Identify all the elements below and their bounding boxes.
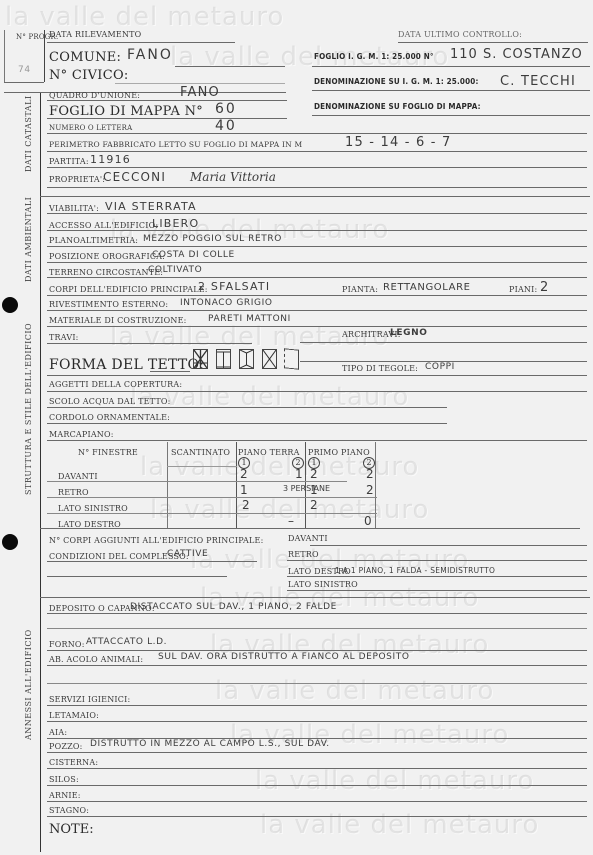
travi-label: TRAVI: (49, 333, 79, 342)
comune-label: COMUNE: (49, 50, 121, 65)
table-row-label: DAVANTI (58, 472, 98, 481)
watermark: la valle del metauro (5, 2, 284, 32)
table-header-primo-piano: PRIMO PIANO (308, 448, 370, 457)
quadro-label: QUADRO D'UNIONE: (49, 91, 140, 100)
table-cell[interactable]: 1 (240, 483, 248, 497)
numero-label: NUMERO o LETTERA (49, 124, 132, 132)
numero-value[interactable]: 40 (215, 118, 237, 134)
perimetro-label: PERIMETRO FABBRICATO LETTO SU FOGLIO DI … (49, 140, 302, 149)
rivestimento-value[interactable]: INTONACO GRIGIO (180, 298, 273, 308)
survey-form-page: la valle del metauro la valle del metaur… (0, 0, 593, 855)
silos-label: SILOS: (49, 775, 79, 784)
watermark: la valle del metauro (260, 810, 539, 840)
foglio-igm-value[interactable]: 110 S. COSTANZO (450, 47, 583, 62)
roof-capanna-doppia-icon[interactable] (239, 349, 254, 369)
piani-label: PIANI: (509, 285, 537, 294)
viabilita-value[interactable]: VIA STERRATA (105, 200, 197, 213)
progr-value: 74 (18, 65, 31, 75)
lato-sinistro-label: LATO SINISTRO (288, 580, 358, 589)
partita-value[interactable]: 11916 (90, 153, 131, 166)
punch-hole (2, 534, 18, 550)
watermark: la valle del metauro (255, 766, 534, 796)
punch-hole (2, 297, 18, 313)
piani-value[interactable]: 2 (540, 280, 549, 295)
watermark: la valle del metauro (215, 676, 494, 706)
table-cell[interactable]: – (288, 514, 294, 528)
quadro-value[interactable]: FANO (180, 85, 220, 100)
aggetti-label: AGGETTI DELLA COPERTURA: (49, 380, 182, 389)
lato-destro-value[interactable]: 1 A 1 PIANO, 1 FALDA - SEMIDISTRUTTO (335, 566, 495, 575)
cordolo-label: CORDOLO ORNAMENTALE: (49, 413, 170, 422)
foglio-mappa-label: FOGLIO DI MAPPA N° (49, 104, 203, 119)
proprieta-label: PROPRIETA': (49, 175, 105, 184)
table-cell[interactable]: 2 (240, 467, 248, 481)
table-cell[interactable]: 2 (310, 467, 318, 481)
viabilita-label: VIABILITA': (49, 204, 99, 213)
roof-falda-unica-icon[interactable] (284, 348, 299, 370)
davanti-label: DAVANTI (288, 534, 328, 543)
section-label-struttura: STRUTTURA E STILE DELL'EDIFICIO (24, 323, 33, 495)
marcapiano-label: MARCAPIANO: (49, 430, 114, 439)
proprieta-surname-value[interactable]: CECCONI (103, 170, 166, 184)
arnie-label: ARNIE: (49, 791, 81, 800)
accesso-value[interactable]: LIBERO (152, 217, 199, 230)
pozzo-value[interactable]: DISTRUTTO IN MEZZO AL CAMPO L.S., SUL DA… (90, 739, 330, 749)
scolo-label: SCOLO ACQUA DAL TETTO: (49, 397, 171, 406)
stagno-label: STAGNO: (49, 806, 89, 815)
foglio-mappa-value[interactable]: 60 (215, 101, 237, 117)
corpi-value[interactable]: 2 SFALSATI (198, 280, 270, 293)
posizione-label: POSIZIONE OROGRAFICA: (49, 252, 165, 261)
pozzo-label: POZZO: (49, 742, 83, 751)
ricovero-value[interactable]: SUL DAV. ORA DISTRUTTO A FIANCO AL DEPOS… (158, 652, 410, 662)
table-cell[interactable]: 1 (310, 483, 318, 497)
posizione-value[interactable]: COSTA DI COLLE (152, 250, 235, 260)
forno-value[interactable]: ATTACCATO L.D. (86, 637, 167, 647)
forno-label: FORNO: (49, 640, 85, 649)
data-rilevamento-label: DATA RILEVAMENTO (49, 30, 141, 39)
roof-crociera-icon[interactable] (262, 349, 277, 369)
comune-value[interactable]: FANO (127, 47, 173, 63)
ricovero-label: AB. ACOLO ANIMALI: (49, 655, 143, 664)
pianta-value[interactable]: RETTANGOLARE (383, 282, 471, 293)
roof-capanna-icon[interactable] (216, 349, 231, 369)
retro-label: RETRO (288, 550, 319, 559)
civico-label: N° CIVICO: (49, 68, 129, 83)
accesso-label: ACCESSO ALL'EDIFICIO: (49, 221, 158, 230)
corpi-aggiunti-label: N° CORPI AGGIUNTI ALL'EDIFICIO PRINCIPAL… (49, 536, 263, 545)
table-row-label: RETRO (58, 488, 89, 497)
progr-label: N° PROGR. (16, 33, 40, 42)
aia-label: AIA: (49, 728, 67, 737)
section-label-annessi: ANNESSI ALL'EDIFICIO (24, 629, 33, 740)
table-cell[interactable]: 1 (295, 467, 303, 481)
pianta-label: PIANTA: (342, 285, 378, 294)
denom-foglio-label: DENOMINAZIONE SU FOGLIO DI MAPPA: (314, 102, 481, 111)
rivestimento-label: RIVESTIMENTO ESTERNO: (49, 300, 168, 309)
perimetro-value[interactable]: 15 - 14 - 6 - 7 (345, 135, 452, 150)
condizioni-value[interactable]: CATTIVE (167, 549, 208, 559)
table-cell[interactable]: 2 (310, 498, 318, 512)
architravi-value[interactable]: LEGNO (390, 328, 427, 338)
terreno-value[interactable]: COLTIVATO (148, 265, 202, 275)
table-cell[interactable]: 3 PERSIANE (283, 484, 330, 493)
corpi-label: CORPI DELL'EDIFICIO PRINCIPALE: (49, 285, 208, 294)
data-ultimo-controllo-label: DATA ULTIMO CONTROLLO: (398, 30, 522, 39)
denom-igm-label: DENOMINAZIONE SU I. G. M. 1: 25.000: (314, 77, 479, 86)
tipo-tegole-label: TIPO DI TEGOLE: (342, 364, 418, 373)
section-label-dati-ambientali: DATI AMBIENTALI (24, 197, 33, 282)
terreno-label: TERRENO CIRCOSTANTE: (49, 268, 163, 277)
partita-label: PARTITA: (49, 157, 89, 166)
materiale-label: MATERIALE DI COSTRUZIONE: (49, 316, 187, 325)
foglio-igm-label: FOGLIO I. G. M. 1: 25.000 N° (314, 52, 434, 61)
planoaltimetria-value[interactable]: MEZZO POGGIO SUL RETRO (143, 234, 282, 244)
denom-igm-value[interactable]: C. TECCHI (500, 74, 576, 89)
deposito-value[interactable]: DISTACCATO SUL DAV., 1 PIANO, 2 FALDE (130, 602, 337, 612)
table-cell[interactable]: 2 (366, 467, 374, 481)
proprieta-name-value[interactable]: Maria Vittoria (190, 170, 276, 184)
planoaltimetria-label: PLANOALTIMETRIA: (49, 236, 138, 245)
table-row-label: LATO SINISTRO (58, 504, 128, 513)
table-cell[interactable]: 2 (366, 483, 374, 497)
materiale-value[interactable]: PARETI MATTONI (208, 314, 291, 324)
section-label-dati-catastali: DATI CATASTALI (24, 95, 33, 172)
cisterna-label: CISTERNA: (49, 758, 98, 767)
table-header-piano-terra: PIANO TERRA (238, 448, 300, 457)
tipo-tegole-value[interactable]: COPPI (425, 362, 455, 372)
table-cell[interactable]: 2 (242, 498, 250, 512)
table-header-finestre: N° FINESTRE (78, 448, 138, 457)
letamaio-label: LETAMAIO: (49, 711, 99, 720)
roof-padiglione-icon[interactable] (193, 349, 208, 369)
table-cell[interactable]: 0 (364, 514, 372, 528)
servizi-label: SERVIZI IGIENICI: (49, 695, 130, 704)
table-header-scantinato: SCANTINATO (171, 448, 230, 457)
note-label: NOTE: (49, 822, 94, 837)
